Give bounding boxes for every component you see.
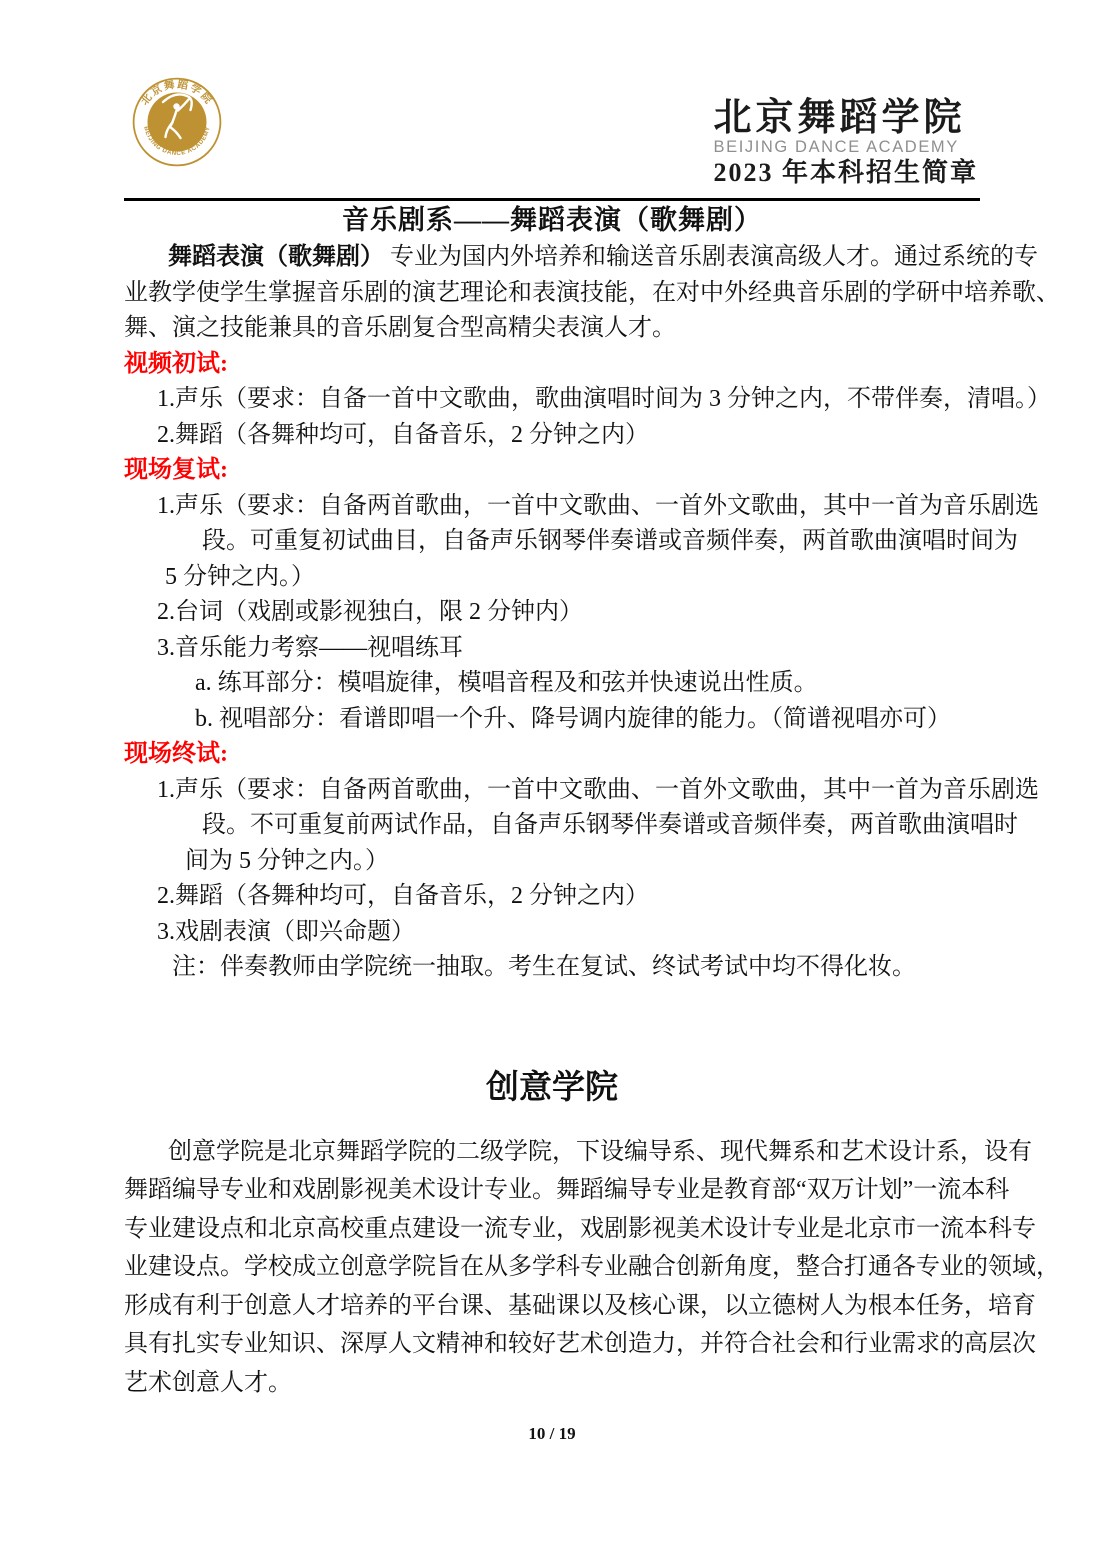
creative-paragraph: 创意学院是北京舞蹈学院的二级学院，下设编导系、现代舞系和艺术设计系，设有 舞蹈编… <box>124 1133 980 1403</box>
list-item-wrap: 5 分钟之内。） <box>124 560 980 596</box>
stage-heading-onsite-final: 现场终试: <box>124 737 980 773</box>
intro-line: 业教学使学生掌握音乐剧的演艺理论和表演技能，在对中外经典音乐剧的学研中培养歌、 <box>124 276 980 312</box>
note-line: 注：伴奏教师由学院统一抽取。考生在复试、终试考试中均不得化妆。 <box>124 950 980 986</box>
brand-title-zh: 北京舞蹈学院 <box>713 96 978 140</box>
page-number: 10 / 19 <box>124 1424 980 1444</box>
list-item-wrap: 间为 5 分钟之内。） <box>124 844 980 880</box>
stage-heading-onsite-second: 现场复试: <box>124 453 980 489</box>
intro-line-text: 专业为国内外培养和输送音乐剧表演高级人才。通过系统的专 <box>390 244 1038 270</box>
intro-lead-bold: 舞蹈表演（歌舞剧） <box>168 244 384 270</box>
header-brand-block: 北京舞蹈学院 BEIJING DANCE ACADEMY 2023 年本科招生简… <box>713 96 978 188</box>
paragraph-line: 艺术创意人才。 <box>124 1364 980 1403</box>
academy-seal-logo: 北京舞蹈学院 BEIJING DANCE ACADEMY <box>132 77 222 167</box>
intro-line: 舞蹈表演（歌舞剧）专业为国内外培养和输送音乐剧表演高级人才。通过系统的专 <box>124 240 980 276</box>
list-item-wrap: 段。可重复初试曲目，自备声乐钢琴伴奏谱或音频伴奏，两首歌曲演唱时间为 <box>124 524 980 560</box>
list-item: 1.声乐（要求：自备两首歌曲，一首中文歌曲、一首外文歌曲，其中一首为音乐剧选 <box>124 489 980 525</box>
brand-year-line: 2023 年本科招生简章 <box>713 158 978 188</box>
paragraph-line: 舞蹈编导专业和戏剧影视美术设计专业。舞蹈编导专业是教育部“双万计划”一流本科 <box>124 1171 980 1210</box>
sub-list-item: a. 练耳部分：模唱旋律，模唱音程及和弦并快速说出性质。 <box>124 666 980 702</box>
list-item: 3.戏剧表演（即兴命题） <box>124 915 980 951</box>
list-item: 1.声乐（要求：自备一首中文歌曲，歌曲演唱时间为 3 分钟之内，不带伴奏，清唱。… <box>124 382 980 418</box>
list-item: 1.声乐（要求：自备两首歌曲，一首中文歌曲、一首外文歌曲，其中一首为音乐剧选 <box>124 773 980 809</box>
paragraph-line: 具有扎实专业知识、深厚人文精神和较好艺术创造力，并符合社会和行业需求的高层次 <box>124 1325 980 1364</box>
musical-section-title: 音乐剧系——舞蹈表演（歌舞剧） <box>124 200 980 240</box>
list-item: 2.舞蹈（各舞种均可，自备音乐，2 分钟之内） <box>124 879 980 915</box>
main-content: 音乐剧系——舞蹈表演（歌舞剧） 舞蹈表演（歌舞剧）专业为国内外培养和输送音乐剧表… <box>124 200 980 1403</box>
paragraph-line: 业建设点。学校成立创意学院旨在从多学科专业融合创新角度，整合打通各专业的领域， <box>124 1248 980 1287</box>
list-item-wrap: 段。不可重复前两试作品，自备声乐钢琴伴奏谱或音频伴奏，两首歌曲演唱时 <box>124 808 980 844</box>
paragraph-line: 专业建设点和北京高校重点建设一流专业，戏剧影视美术设计专业是北京市一流本科专 <box>124 1210 980 1249</box>
list-item: 3.音乐能力考察——视唱练耳 <box>124 631 980 667</box>
sub-list-item: b. 视唱部分：看谱即唱一个升、降号调内旋律的能力。（简谱视唱亦可） <box>124 702 980 738</box>
intro-line: 舞、演之技能兼具的音乐剧复合型高精尖表演人才。 <box>124 311 980 347</box>
document-page: 北京舞蹈学院 BEIJING DANCE ACADEMY 北京舞蹈学院 BEIJ… <box>0 0 1102 1559</box>
list-item: 2.台词（戏剧或影视独白，限 2 分钟内） <box>124 595 980 631</box>
list-item: 2.舞蹈（各舞种均可，自备音乐，2 分钟之内） <box>124 418 980 454</box>
brand-title-en: BEIJING DANCE ACADEMY <box>713 138 978 156</box>
paragraph-line: 形成有利于创意人才培养的平台课、基础课以及核心课，以立德树人为根本任务，培育 <box>124 1287 980 1326</box>
creative-section-title: 创意学院 <box>124 1065 980 1109</box>
paragraph-line: 创意学院是北京舞蹈学院的二级学院，下设编导系、现代舞系和艺术设计系，设有 <box>124 1133 980 1172</box>
stage-heading-video-preliminary: 视频初试: <box>124 347 980 383</box>
